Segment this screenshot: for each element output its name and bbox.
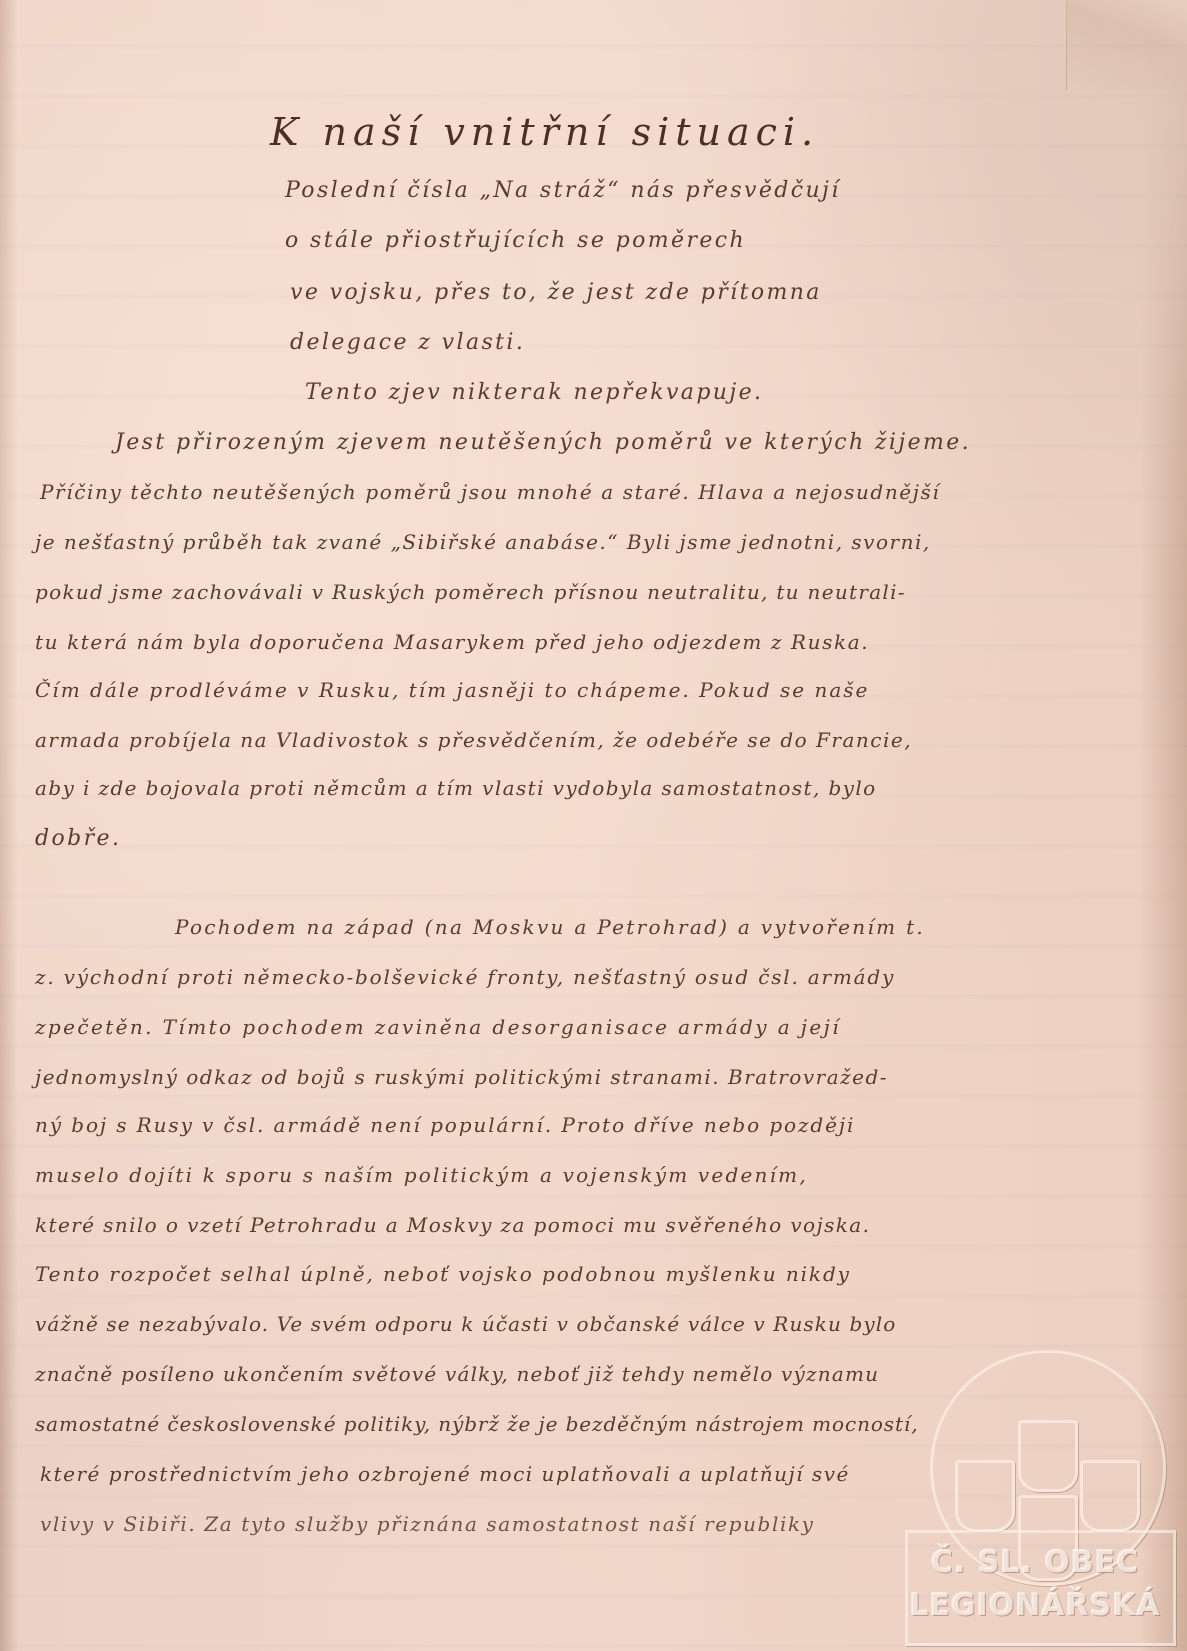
text-line: jednomyslný odkaz od bojů s ruskými poli… [35, 1065, 888, 1089]
text-line: Jest přirozeným zjevem neutěšených poměr… [115, 430, 971, 455]
text-line: Pochodem na západ (na Moskvu a Petrohrad… [175, 915, 925, 939]
stamp-text-line2: LEGIONÁŘSKÁ [900, 1588, 1170, 1623]
text-line: delegace z vlasti. [290, 330, 525, 355]
coat-of-arms-shield-icon [1018, 1420, 1078, 1492]
text-line: ve vojsku, přes to, že jest zde přítomna [290, 280, 822, 305]
document-title: K naší vnitřní situaci. [270, 110, 819, 154]
text-line: dobře. [35, 826, 121, 851]
text-line: Tento zjev nikterak nepřekvapuje. [305, 380, 763, 405]
text-line: které prostřednictvím jeho ozbrojené moc… [40, 1462, 850, 1486]
text-line: vlivy v Sibiři. Za tyto služby přiznána … [40, 1512, 815, 1536]
text-line: z. východní proti německo-bolševické fro… [35, 965, 895, 989]
manuscript-page: K naší vnitřní situaci. Poslední čísla „… [0, 0, 1187, 1651]
text-line: je nešťastný průběh tak zvané „Sibiřské … [35, 530, 931, 554]
text-line: aby i zde bojovala proti němcům a tím vl… [35, 776, 877, 800]
stamp-text-line1: Č. SL. OBEC [900, 1545, 1170, 1580]
text-line: Příčiny těchto neutěšených poměrů jsou m… [40, 480, 940, 504]
coat-of-arms-shield-icon [955, 1460, 1015, 1532]
text-line: které snilo o vzetí Petrohradu a Moskvy … [35, 1213, 870, 1237]
text-line: samostatné československé politiky, nýbr… [35, 1412, 918, 1436]
text-line: Tento rozpočet selhal úplně, neboť vojsk… [35, 1262, 851, 1286]
text-line: ný boj s Rusy v čsl. armádě není populár… [35, 1113, 855, 1137]
text-line: o stále přiostřujících se poměrech [285, 228, 746, 253]
text-line: značně posíleno ukončením světové války,… [35, 1362, 879, 1386]
text-line: armada probíjela na Vladivostok s přesvě… [35, 728, 912, 752]
text-line: tu která nám byla doporučena Masarykem p… [35, 630, 869, 654]
legionnaire-embossed-stamp: Č. SL. OBEC LEGIONÁŘSKÁ [900, 1350, 1170, 1640]
text-line: muselo dojíti k sporu s naším politickým… [35, 1163, 808, 1187]
text-line: vážně se nezabývalo. Ve svém odporu k úč… [35, 1312, 896, 1336]
text-line: zpečetěn. Tímto pochodem zaviněna desorg… [35, 1015, 841, 1039]
text-line: Poslední čísla „Na stráž“ nás přesvědčuj… [285, 178, 841, 203]
text-line: pokud jsme zachovávali v Ruských poměrec… [35, 580, 906, 604]
torn-page-corner [1066, 0, 1187, 90]
text-line: Čím dále prodléváme v Rusku, tím jasněji… [35, 678, 869, 702]
eagle-shield-icon [1080, 1460, 1140, 1532]
